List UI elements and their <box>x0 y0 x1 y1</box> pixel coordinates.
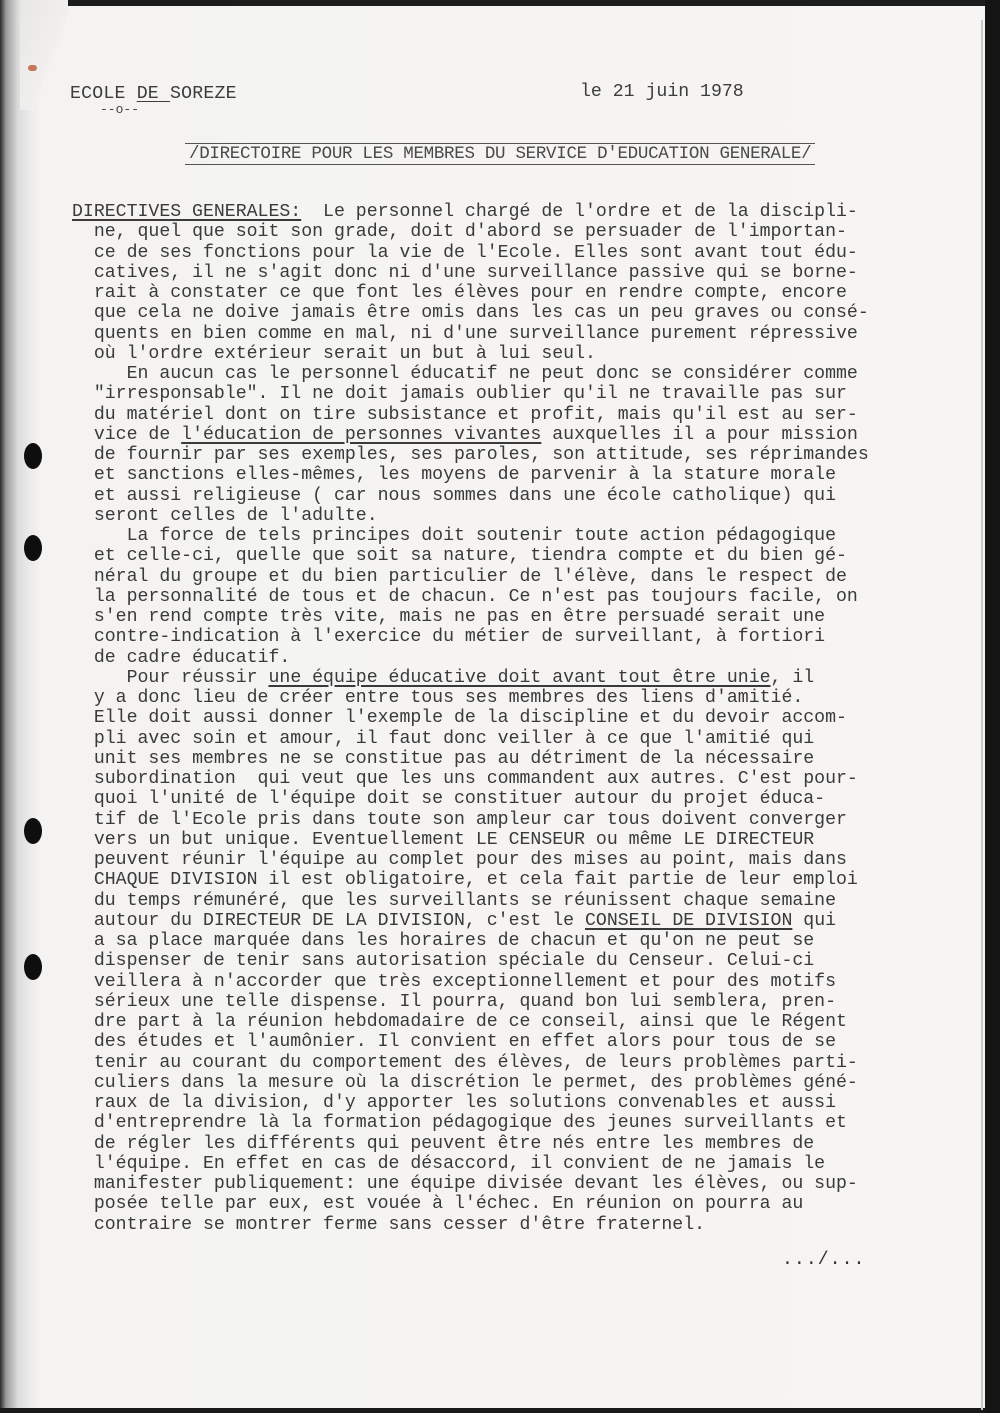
text-line: "irresponsable". Il ne doit jamais oubli… <box>72 384 977 404</box>
text-line: et aussi religieuse ( car nous sommes da… <box>72 486 977 506</box>
text-line: posée telle par eux, est vouée à l'échec… <box>72 1194 977 1214</box>
text-line: seront celles de l'adulte. <box>72 506 977 526</box>
document-title: /DIRECTOIRE POUR LES MEMBRES DU SERVICE … <box>185 143 815 165</box>
text-line: dispenser de tenir sans autorisation spé… <box>72 951 977 971</box>
text-line: du matériel dont on tire subsistance et … <box>72 405 977 425</box>
text-line: de régler les différents qui peuvent êtr… <box>72 1134 977 1154</box>
text-line: de cadre éducatif. <box>72 648 977 668</box>
text-line: du temps rémunéré, que les surveillants … <box>72 891 977 911</box>
text-line: a sa place marquée dans les horaires de … <box>72 931 977 951</box>
text-line: autour du DIRECTEUR DE LA DIVISION, c'es… <box>72 911 977 931</box>
text-line: et sanctions elles-mêmes, les moyens de … <box>72 465 977 485</box>
text-line: pli avec soin et amour, il faut donc vei… <box>72 729 977 749</box>
text-line: La force de tels principes doit soutenir… <box>72 526 977 546</box>
text-line: raux de la division, d'y apporter les so… <box>72 1093 977 1113</box>
text-line: dre part à la réunion hebdomadaire de ce… <box>72 1012 977 1032</box>
text-line: et celle-ci, quelle que soit sa nature, … <box>72 546 977 566</box>
document-date: le 21 juin 1978 <box>580 82 744 102</box>
text-line: unit ses membres ne se constitue pas au … <box>72 749 977 769</box>
underlined-phrase: CONSEIL DE DIVISION <box>585 911 792 931</box>
text-line: veillera à n'accorder que très exception… <box>72 972 977 992</box>
text-line: des études et l'aumônier. Il convient en… <box>72 1032 977 1052</box>
document-body: DIRECTIVES GENERALES: Le personnel charg… <box>72 202 977 1235</box>
text-line: CHAQUE DIVISION il est obligatoire, et c… <box>72 870 977 890</box>
text-line: d'entreprendre là la formation pédagogiq… <box>72 1113 977 1133</box>
text-line: que cela ne doive jamais être omis dans … <box>72 303 977 323</box>
section-heading: DIRECTIVES GENERALES: <box>72 202 301 222</box>
text-line: tenir au courant du comportement des élè… <box>72 1053 977 1073</box>
text-line: culiers dans la mesure où la discrétion … <box>72 1073 977 1093</box>
text-line: ce de ses fonctions pour la vie de l'Eco… <box>72 243 977 263</box>
text-line: la personnalité de tous et de chacun. Ce… <box>72 587 977 607</box>
school-name-underlined: DE <box>137 84 159 104</box>
text-line: catives, il ne s'agit donc ni d'une surv… <box>72 263 977 283</box>
text-line: contraire se montrer ferme sans cesser d… <box>72 1215 977 1235</box>
text-line: tif de l'Ecole pris dans toute son ample… <box>72 810 977 830</box>
school-separator: --o-- <box>100 102 139 117</box>
text-line: où l'ordre extérieur serait un but à lui… <box>72 344 977 364</box>
text-line: contre-indication à l'exercice du métier… <box>72 627 977 647</box>
text-line: néral du groupe et du bien particulier d… <box>72 567 977 587</box>
school-name: ECOLE DE SOREZE <box>70 84 237 104</box>
underlined-phrase: une équipe éducative doit avant tout êtr… <box>268 668 770 688</box>
text-line: Pour réussir une équipe éducative doit a… <box>72 668 977 688</box>
text-line: quents en bien comme en mal, ni d'une su… <box>72 324 977 344</box>
underlined-phrase: l'éducation de personnes vivantes <box>181 425 541 445</box>
typed-document: ECOLE DE SOREZE --o-- le 21 juin 1978 /D… <box>0 0 1000 1413</box>
text-line: En aucun cas le personnel éducatif ne pe… <box>72 364 977 384</box>
text-line: sérieux une telle dispense. Il pourra, q… <box>72 992 977 1012</box>
text-line: vers un but unique. Eventuellement LE CE… <box>72 830 977 850</box>
continuation-mark: .../... <box>782 1250 865 1270</box>
text-line: subordination qui veut que les uns comma… <box>72 769 977 789</box>
text-line: DIRECTIVES GENERALES: Le personnel charg… <box>72 202 977 222</box>
text-line: vice de l'éducation de personnes vivante… <box>72 425 977 445</box>
text-line: de fournir par ses exemples, ses paroles… <box>72 445 977 465</box>
text-line: quoi l'unité de l'équipe doit se constit… <box>72 789 977 809</box>
text-line: l'équipe. En effet en cas de désaccord, … <box>72 1154 977 1174</box>
text-line: rait à constater ce que font les élèves … <box>72 283 977 303</box>
text-line: ne, quel que soit son grade, doit d'abor… <box>72 222 977 242</box>
text-line: y a donc lieu de créer entre tous ses me… <box>72 688 977 708</box>
text-line: Elle doit aussi donner l'exemple de la d… <box>72 708 977 728</box>
text-line: s'en rend compte très vite, mais ne pas … <box>72 607 977 627</box>
text-line: peuvent réunir l'équipe au complet pour … <box>72 850 977 870</box>
text-line: manifester publiquement: une équipe divi… <box>72 1174 977 1194</box>
